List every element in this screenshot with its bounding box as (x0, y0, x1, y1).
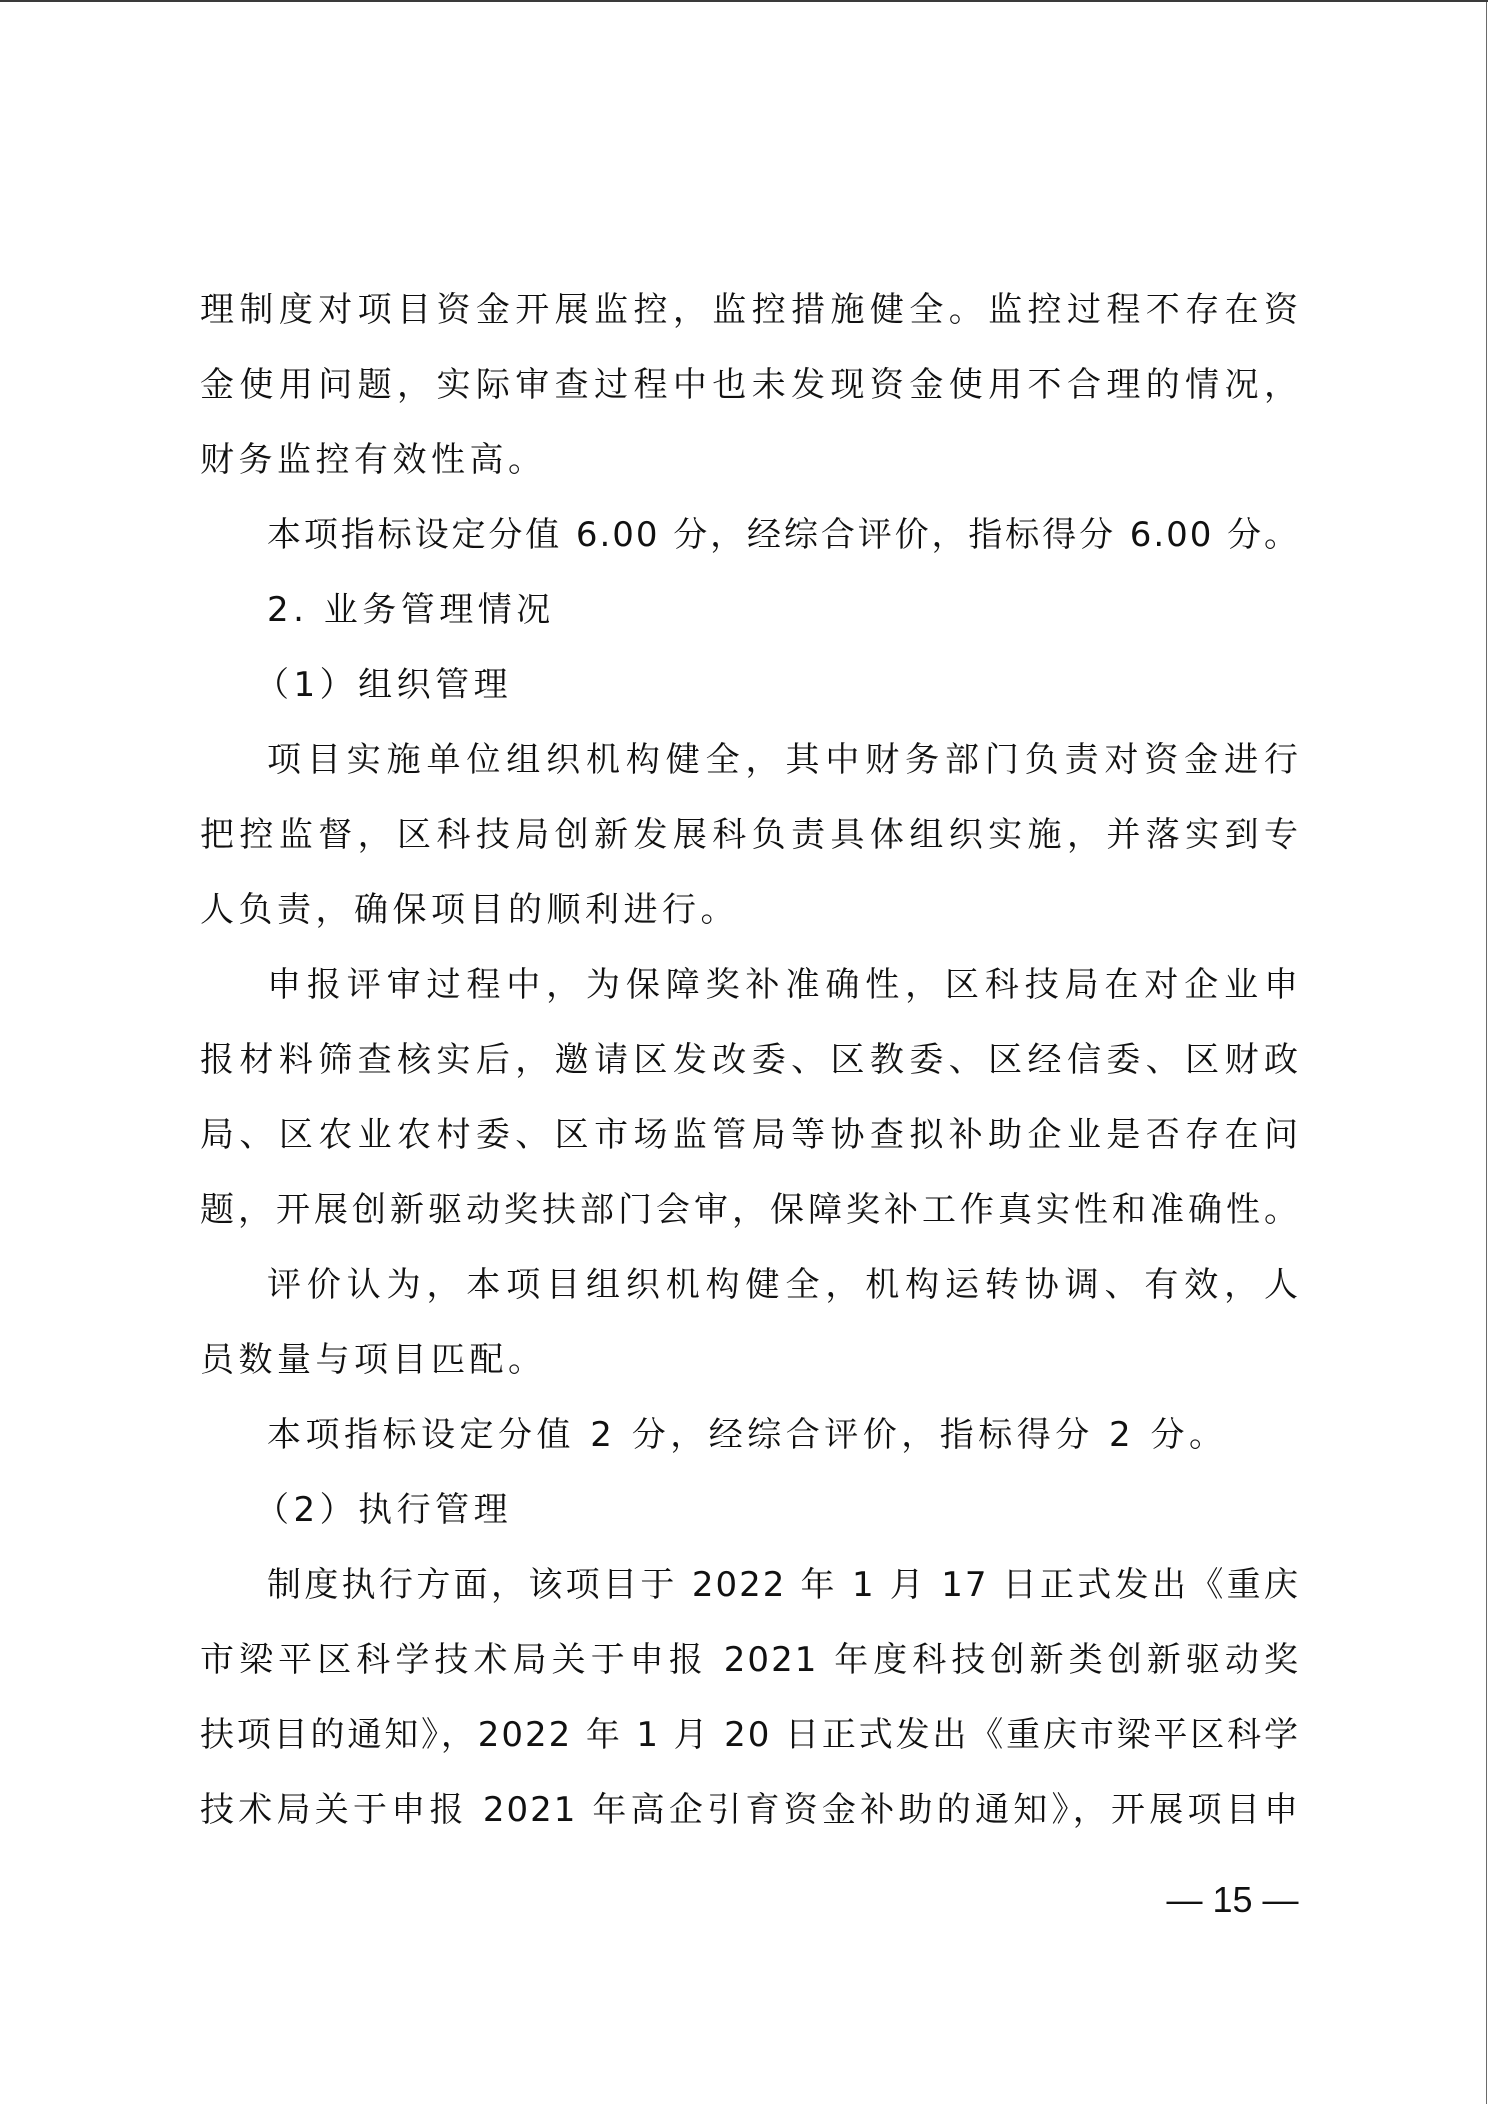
text-line-1: 理制度对项目资金开展监控，监控措施健全。监控过程不存在资 (200, 273, 1300, 348)
section-heading-business-management: 2. 业务管理情况 (200, 573, 1300, 648)
text-line-20: 扶项目的通知》，2022 年 1 月 20 日正式发出《重庆市梁平区科学 (200, 1698, 1300, 1773)
text-line-18: 制度执行方面，该项目于 2022 年 1 月 17 日正式发出《重庆 (200, 1548, 1300, 1623)
page-number: — 15 — (1160, 1878, 1305, 1922)
text-line-3: 财务监控有效性高。 (200, 423, 1300, 498)
text-line-13: 题，开展创新驱动奖扶部门会审，保障奖补工作真实性和准确性。 (200, 1173, 1300, 1248)
text-line-2: 金使用问题，实际审查过程中也未发现资金使用不合理的情况， (200, 348, 1300, 423)
document-page: 理制度对项目资金开展监控，监控措施健全。监控过程不存在资 金使用问题，实际审查过… (0, 0, 1488, 2104)
text-line-10: 申报评审过程中，为保障奖补准确性，区科技局在对企业申 (200, 948, 1300, 1023)
text-line-9: 人负责，确保项目的顺利进行。 (200, 873, 1300, 948)
page-edge-divider (1486, 2, 1487, 2104)
subsection-heading-execution: （2）执行管理 (200, 1473, 1300, 1548)
text-line-8: 把控监督，区科技局创新发展科负责具体组织实施，并落实到专 (200, 798, 1300, 873)
subsection-heading-organization: （1）组织管理 (200, 648, 1300, 723)
text-line-21: 技术局关于申报 2021 年高企引育资金补助的通知》，开展项目申 (200, 1773, 1300, 1848)
score-statement-1: 本项指标设定分值 6.00 分，经综合评价，指标得分 6.00 分。 (200, 498, 1300, 573)
text-line-19: 市梁平区科学技术局关于申报 2021 年度科技创新类创新驱动奖 (200, 1623, 1300, 1698)
score-statement-2: 本项指标设定分值 2 分，经综合评价，指标得分 2 分。 (200, 1398, 1300, 1473)
body-text: 理制度对项目资金开展监控，监控措施健全。监控过程不存在资 金使用问题，实际审查过… (200, 273, 1300, 1848)
text-line-12: 局、区农业农村委、区市场监管局等协查拟补助企业是否存在问 (200, 1098, 1300, 1173)
text-line-7: 项目实施单位组织机构健全，其中财务部门负责对资金进行 (200, 723, 1300, 798)
text-line-15: 员数量与项目匹配。 (200, 1323, 1300, 1398)
text-line-11: 报材料筛查核实后，邀请区发改委、区教委、区经信委、区财政 (200, 1023, 1300, 1098)
text-line-14: 评价认为，本项目组织机构健全，机构运转协调、有效，人 (200, 1248, 1300, 1323)
